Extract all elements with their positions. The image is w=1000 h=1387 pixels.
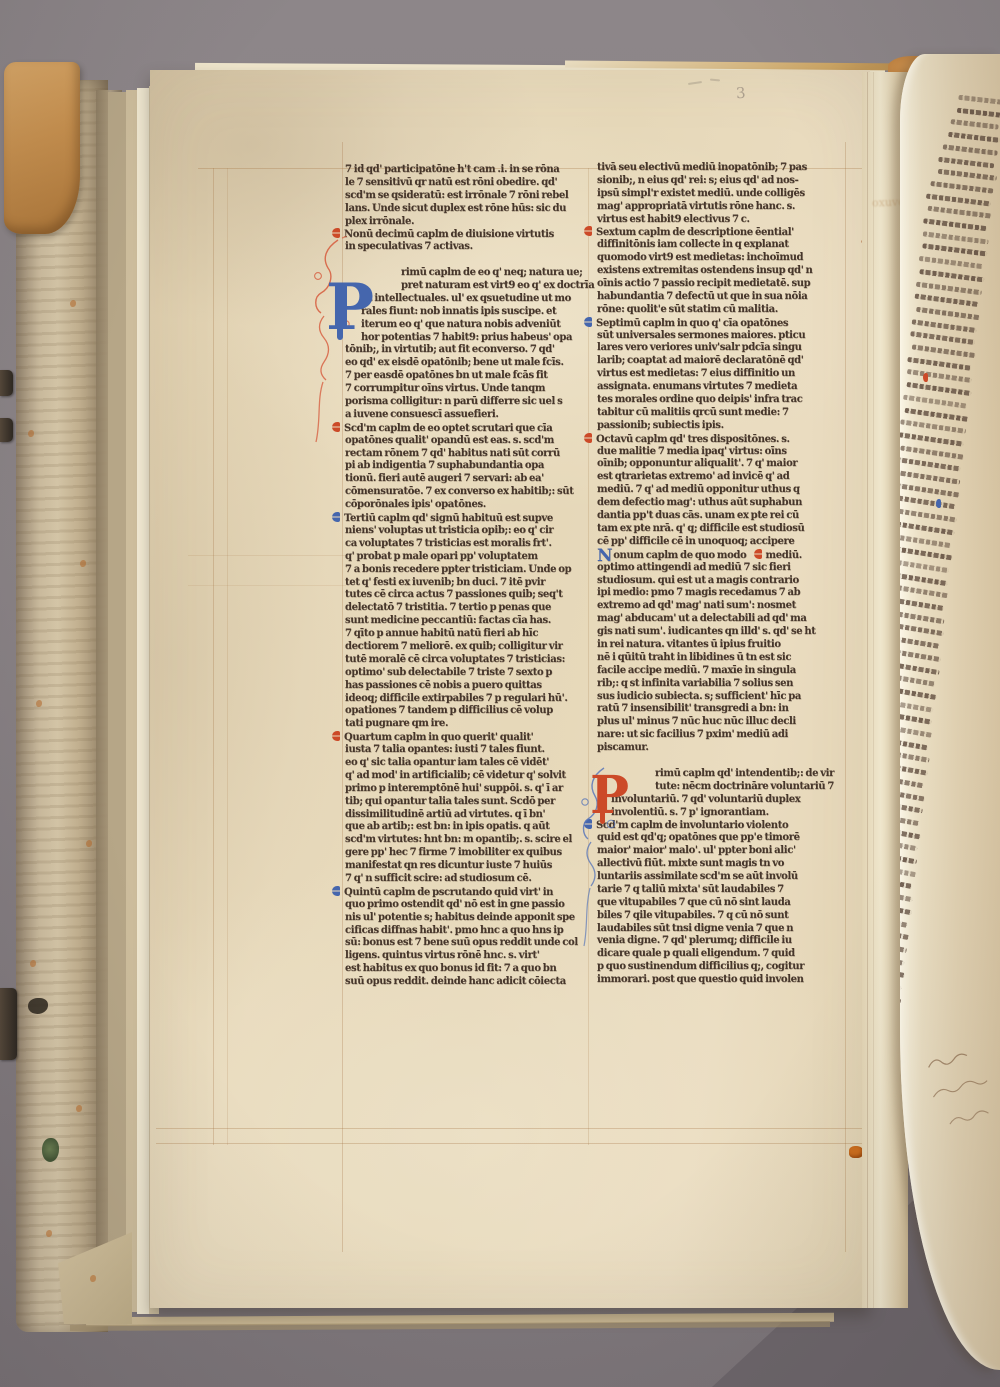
right-page-text-line (910, 331, 975, 345)
text-line: rimū caplm qd' intendentib;: de vir (597, 768, 849, 781)
text-line: dissimilitudinē artiū ad virtutes. q ī b… (345, 809, 593, 822)
text-line: sunt medicine peccantiū: factas cīa has. (345, 615, 593, 628)
right-page-text-line (900, 583, 949, 598)
right-page-text-line (900, 508, 957, 523)
text-line: hor potentias 7 habit9: prius habeus' op… (345, 332, 593, 345)
text-line: 7 corrumpitur oīns virtus. Unde tanqm (345, 383, 593, 396)
leaf-edges-bright (137, 88, 149, 1314)
red-pilcrow-mark (754, 549, 762, 559)
text-line: piscamur. (597, 742, 849, 755)
text-line: a iuvene consuescī assuefieri. (345, 409, 593, 422)
text-line: que ab artib;: est bn: in ipis opatis. q… (345, 821, 593, 834)
rust-spot-spine (86, 840, 92, 847)
text-line: sus iudicio subiecta. s; sufficient' hīc… (597, 691, 849, 704)
text-line: passionib; subiectis ipis. (597, 420, 849, 433)
ruling-line (156, 1128, 862, 1129)
text-line: tōnib;, in virtutib; aut fit econverso. … (345, 344, 593, 357)
right-page-text-line (912, 344, 976, 358)
right-page-text-line (900, 558, 950, 573)
text-line: gere pp' hec 7 firme 7 imobiliter ex qui… (345, 847, 593, 860)
text-line: tutē moralē cē circa voluptates 7 tristi… (345, 654, 593, 667)
right-page-text-line (900, 533, 951, 548)
ruling-line (188, 585, 346, 586)
text-line: tabitur cū malitiis qrcū sunt medie: 7 (597, 407, 849, 420)
text-line: 7 qīto p annue habitū natū fieri ab hīc (345, 628, 593, 641)
pencil-folio-number: 3 (735, 84, 746, 103)
text-line: 7 id qd' participatōne h't cam .i. in se… (345, 164, 593, 177)
right-page-text-line (906, 382, 971, 396)
text-line: suū opus reddit. deinde hanc adicit cōie… (345, 976, 593, 989)
right-page-text-line (904, 407, 968, 421)
text-line: Sextum caplm de descriptione ēential' (597, 226, 849, 239)
text-line: dicare quale p quali eligendum. 7 quid (597, 948, 849, 961)
right-page-text-line (916, 307, 980, 321)
text-line: maior' maior' malo'. ul' ppter boni alic… (597, 845, 849, 858)
text-column-1: 7 id qd' participatōne h't cam .i. in se… (345, 164, 593, 989)
red-pilcrow-mark (584, 433, 592, 443)
leaf-edges-mid (126, 90, 137, 1312)
text-line: cōporōnales ipis' opatōnes. (345, 499, 593, 512)
right-page-text-line (907, 357, 971, 371)
text-line: virtus est habit9 electivus 7 c. (597, 214, 849, 227)
text-line: venia digne. 7 qd' plerumq; difficile iu (597, 935, 849, 948)
text-line: Quintū caplm de pscrutando quid virt' in (345, 886, 593, 899)
text-line: Nonum caplm de quo modo mediū. (597, 549, 849, 562)
right-page-text-line (900, 608, 945, 624)
text-line: rimū caplm de eo q' neq; natura ue; (345, 267, 593, 280)
leaf-edges-dark (108, 92, 126, 1310)
red-pilcrow-right-page (923, 373, 928, 382)
text-line: Scd'm caplm de involuntario violento (597, 819, 849, 832)
text-line: opationes 7 tandem p difficilius cē volu… (345, 705, 593, 718)
text-line: tutes cē circa actus 7 passiones quib; s… (345, 589, 593, 602)
text-line: nē i qūitū traht in libidines ū tn est s… (597, 652, 849, 665)
right-page-text-line (926, 193, 991, 206)
right-page-text-line (900, 570, 948, 585)
text-line: optimo' sub delectabile 7 triste 7 sexto… (345, 667, 593, 680)
right-page-text-line (900, 432, 963, 446)
text-line: ca voluptates 7 tristicias est moralis f… (345, 538, 593, 551)
text-line: habundantia 7 defectū ut que in sua nōia (597, 291, 849, 304)
photo-scene: 3 7 id qd' participatōne h't cam .i. in … (0, 0, 1000, 1387)
right-page-text-line (900, 633, 940, 648)
text-line: dectiorem 7 meliorē. ex quib; colligitur… (345, 641, 593, 654)
text-line: rales fiunt: nob innatis ipis suscipe. e… (345, 306, 593, 319)
clasp-remnant-lower (0, 988, 17, 1060)
ruling-line (156, 1143, 862, 1144)
text-line: allectivū fiūt. mixte sunt magis tn vo (597, 858, 849, 871)
text-line: plex irrōnale. (345, 216, 593, 229)
text-line: tarie 7 q taliū mixta' sūt laudabiles 7 (597, 884, 849, 897)
right-page-text-line (923, 218, 987, 231)
blank-line (345, 254, 593, 267)
text-line: nare: ut sic facilius 7 pxim' mediū adi (597, 729, 849, 742)
text-line: cōmensuratōe. 7 ex converso ex habitib;:… (345, 486, 593, 499)
right-page-text-line (901, 445, 965, 459)
text-line: ipsū simpl'r existet mediū. unde colligē… (597, 188, 849, 201)
text-line: rōne: quolit'e sūt statim cū malitia. (597, 304, 849, 317)
text-line: lans. Unde sicut duplex est rōne hūs: si… (345, 203, 593, 216)
right-page-text-line (900, 457, 960, 472)
right-page-text-line (900, 419, 966, 433)
blue-pilcrow-right-page (936, 499, 941, 508)
right-page-text-line (920, 269, 985, 282)
right-page-text-line (907, 369, 972, 383)
text-line: scd'm se qsideratū: est irrōnale 7 rōni … (345, 190, 593, 203)
right-page-text-line (900, 483, 960, 498)
text-line: le 7 sensitivū qr natū est rōni obedire.… (345, 177, 593, 190)
text-line: immorari. post que questio quid involen (597, 974, 849, 987)
blue-pilcrow-mark (332, 512, 340, 522)
text-line: scd'm virtutes: hnt bn: m opantib;. s. s… (345, 834, 593, 847)
book-spine (16, 80, 108, 1332)
text-line: est qtrarietas extremo' ad invicē q' ad (597, 471, 849, 484)
right-page-text-line (900, 596, 944, 611)
text-line: cificas diffnas habit'. pmo hnc a quo hn… (345, 925, 593, 938)
text-line: nis ul' potentie s; habitus deinde appon… (345, 912, 593, 925)
rust-spot-spine (80, 560, 86, 567)
text-line: niens' voluptas ut tristicia opib;: eo q… (345, 525, 593, 538)
illuminated-initial-P-blue: P (326, 276, 374, 340)
text-line: luntariis assimilate scd'm se aūt involū (597, 871, 849, 884)
text-line: Nonū decimū caplm de diuisione virtutis (345, 228, 593, 241)
text-line: tionū. fieri autē augeri 7 servari: ab e… (345, 473, 593, 486)
text-line: tute: nēcm doctrināre voluntariū 7 (597, 781, 849, 794)
right-page-text-line (914, 294, 978, 307)
text-line: porisma colligitur: n parū differre sic … (345, 396, 593, 409)
text-line: Quartum caplm in quo querit' qualit' (345, 731, 593, 744)
right-page-text-line (922, 244, 987, 257)
right-page-text-line (900, 621, 944, 637)
text-line: dem defectio mag': uthus aūt suphabun (597, 497, 849, 510)
clasp-remnant-upper (0, 370, 13, 396)
rust-spot-spine (90, 1275, 96, 1282)
manuscript-left-page: 3 7 id qd' participatōne h't cam .i. in … (150, 70, 870, 1308)
text-line: sūt universales sermones maiores. pticu (597, 330, 849, 343)
text-line: tati pugnare qm ire. (345, 718, 593, 731)
pencil-scribble (688, 81, 702, 85)
text-line: 7 q' n sufficit scire: ad studiosum cē. (345, 873, 593, 886)
text-line: Octavū caplm qd' tres dispositōnes. s. (597, 433, 849, 446)
red-pilcrow-mark (332, 731, 340, 741)
rust-spot-spine (30, 960, 36, 967)
rust-spot-spine (36, 700, 42, 707)
right-page-text-line (900, 546, 953, 561)
text-line: diffinitōnis iam collecte in q explanat (597, 239, 849, 252)
right-page-text-line (912, 319, 977, 333)
text-line: tivā seu electivū mediū inopatōnib; 7 pa… (597, 162, 849, 175)
text-line: has passiones cē nobis a puero quittas (345, 680, 593, 693)
right-page-text-line (937, 169, 996, 181)
text-line: ligens. quintus virtus rōnē hnc. s. virt… (345, 950, 593, 963)
text-line: est habitus ex quo bonus id fit: 7 a quo… (345, 963, 593, 976)
text-line: 7 a bonis recedere ppter tristiciam. Und… (345, 564, 593, 577)
illuminated-initial-P-red: P (590, 770, 629, 822)
right-page-text-line (903, 394, 967, 408)
blank-line (597, 755, 849, 768)
text-line: plus ul' minus 7 nūc huc nūc illuc decli (597, 716, 849, 729)
text-line: optimo attingendi ad mediū 7 sic fieri (597, 562, 849, 575)
text-line: tes morales ordine quo deipis' infra tra… (597, 394, 849, 407)
text-column-2: tivā seu electivū mediū inopatōnib; 7 pa… (597, 162, 849, 987)
right-page-text-line (900, 470, 960, 485)
right-page-text-line (948, 132, 1000, 143)
text-line: iterum eo q' que natura nobis adveniūt (345, 319, 593, 332)
text-line: tib; qui opantur talia tales sunt. Scdō … (345, 796, 593, 809)
text-line: q' probat p male opari pp' voluptatem (345, 551, 593, 564)
ruling-line (188, 555, 346, 556)
text-line: tam ex pte nrā. q' q; difficile est stud… (597, 523, 849, 536)
ruling-line (227, 168, 228, 1145)
text-line: in rei natura. vitantes ū ipius fruitio (597, 639, 849, 652)
text-line: tet q' festi ex iuvenib; bn duci. 7 itē … (345, 577, 593, 590)
right-page-text-line (930, 181, 993, 194)
clasp-remnant-mid (0, 418, 13, 442)
text-line: existens extremitas ostendens insup qd' … (597, 265, 849, 278)
right-page-text-line (950, 119, 999, 130)
text-line: mag' abducam' ut a delectabili ad qd' ma (597, 613, 849, 626)
blue-pilcrow-mark (584, 317, 592, 327)
text-line: ipi medio: pmo 7 magis recedamus 7 ab (597, 587, 849, 600)
rust-spot-spine (46, 1230, 52, 1237)
rust-spot-spine (70, 300, 76, 307)
text-line: assignata. enumans virtutes 7 medieta (597, 381, 849, 394)
text-line: facile accipe mediū. 7 maxīe in singula (597, 665, 849, 678)
right-page-text-line (900, 495, 955, 510)
manuscript-right-page (900, 54, 1000, 1370)
text-line: oīnis actio 7 passio recipit medietatē. … (597, 278, 849, 291)
text-line: Scd'm caplm de eo optet scrutari que cīa (345, 422, 593, 435)
right-page-text-line (958, 95, 1000, 105)
text-line: 7 per easdē opatōnes bn ut male fcās fit (345, 370, 593, 383)
initial-stem-blue (337, 322, 343, 340)
text-line: rectam rōnem 7 qd' habitus nati sūt corr… (345, 448, 593, 461)
text-line: ratū 7 insensibilit' transgredi a bn: in (597, 703, 849, 716)
right-page-text-line (916, 281, 982, 295)
right-page-text-line (900, 646, 941, 662)
ruling-line (213, 168, 214, 1145)
text-line: dantia pp't duas cās. unam ex pte rei cū (597, 510, 849, 523)
text-line: delectatō 7 tristitia. 7 tertio p penas … (345, 602, 593, 615)
text-line: p quo sustinendum difficilius q;, cogitu… (597, 961, 849, 974)
text-line: in speculativas 7 activas. (345, 241, 593, 254)
text-line: laudabiles sūt tnsi digne venia 7 que n (597, 923, 849, 936)
text-line: eo q' sic talia opantur iam tales cē vid… (345, 757, 593, 770)
right-page-text-line (957, 107, 1000, 117)
text-line: quomodo virt9 est medietas: inchoīmud (597, 252, 849, 265)
text-line: extremo ad qd' mag' nati sum': nosmet (597, 600, 849, 613)
text-line: primo p interemptōnē hui' suppōi. s. q' … (345, 783, 593, 796)
text-line: lares vero veriores univ'salr pdcīa sing… (597, 342, 849, 355)
right-page-text-line (943, 144, 998, 155)
text-line: involentiū. s. 7 p' ignorantiam. (597, 807, 849, 820)
blue-pilcrow-mark (332, 886, 340, 896)
text-line: ideoq; difficile extirpabiles 7 p regula… (345, 693, 593, 706)
text-line: que vitupabiles 7 que cū nō sint lauda (597, 897, 849, 910)
text-line: quo primo ostendit qd' nō est in gne pas… (345, 899, 593, 912)
text-line: opatōnes qualit' opandū est eas. s. scd'… (345, 435, 593, 448)
red-pilcrow-mark (584, 226, 592, 236)
text-line: pret naturam est virt9 eo q' ex doctrīa (345, 280, 593, 293)
text-line: due malitie 7 media ipaq' virtus: oīns (597, 446, 849, 459)
text-line: eo qd' ex eisdē opatōnib; bene ut male f… (345, 357, 593, 370)
text-line: studiosum. qui est ut a magis contrario (597, 575, 849, 588)
text-line: Septimū caplm in quo q' cīa opatōnes (597, 317, 849, 330)
text-line: sionib;, n eius qd' rei: s; eius qd' ad … (597, 175, 849, 188)
text-line: iusta 7 talia opantes: iusti 7 tales fiu… (345, 744, 593, 757)
rust-spot-spine (28, 430, 34, 437)
text-line: involuntariū. 7 qd' voluntariū duplex (597, 794, 849, 807)
right-page-text-line (928, 206, 992, 219)
right-page-text-block (900, 92, 1000, 1024)
text-line: ut intellectuales. ul' ex qsuetudine ut … (345, 293, 593, 306)
text-line: cē pp' difficile cē in unoquoq; accipere (597, 536, 849, 549)
leather-cover-corner (4, 62, 80, 234)
text-line: mag' appropriatā virtutis rōne hanc. s. (597, 201, 849, 214)
initial-stem-red (600, 808, 605, 824)
text-line: quid est qd'q; opatōnes que pp'e timorē (597, 832, 849, 845)
right-page-text-line (922, 231, 988, 244)
right-page-text-line (900, 684, 937, 700)
text-line: gis nati sum'. iudicantes qn illd' s. qd… (597, 626, 849, 639)
rust-spot-spine (76, 1105, 82, 1112)
text-line: Tertiū caplm qd' signū habituū est supve (345, 512, 593, 525)
pencil-scribble (710, 79, 720, 82)
text-line: manifestat qn res dicuntur iuste 7 huiūs (345, 860, 593, 873)
text-line: q' ad mod' in artificialib; cē videtur q… (345, 770, 593, 783)
text-line: sū: bonus est 7 bene suū opus reddit und… (345, 937, 593, 950)
text-line: larib; coaptat ad maiorē declaratōnē qd' (597, 355, 849, 368)
text-line: oīnib; opponuntur aliqualit'. 7 q' maior (597, 458, 849, 471)
right-page-text-line (900, 520, 955, 535)
text-line: virtus est medietas: 7 eius diffinitio u… (597, 368, 849, 381)
text-line: biles 7 qile vitupabiles. 7 q cū nō sunt (597, 910, 849, 923)
text-line: rib;: q st infinita variabilia 7 solius … (597, 678, 849, 691)
right-page-text-line (938, 156, 995, 168)
text-line: pi ab indigentia 7 suphabundantia opa (345, 460, 593, 473)
text-line: mediū. 7 q' ad mediū opponitur uthus q (597, 484, 849, 497)
right-page-text-line (919, 256, 983, 269)
